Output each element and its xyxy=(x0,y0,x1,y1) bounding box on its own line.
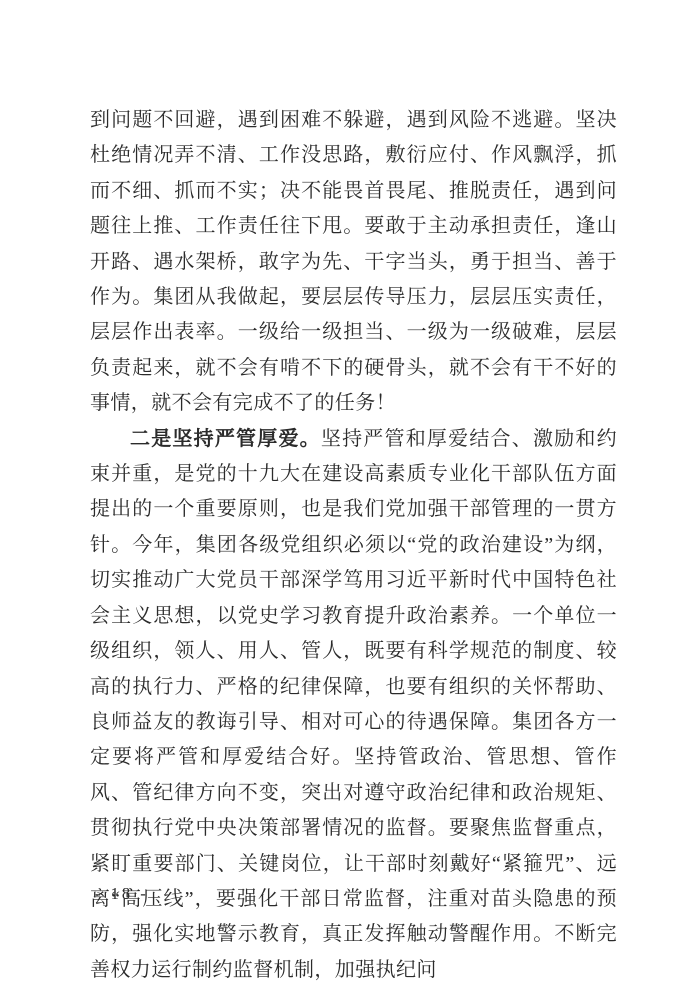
paragraph-continuation: 到问题不回避，遇到困难不躲避，遇到风险不逃避。坚决杜绝情况弄不清、工作没思路，敷… xyxy=(90,103,617,422)
page-number: - 18 - xyxy=(95,884,149,904)
paragraph-lead-bold: 二是坚持严管厚爱。 xyxy=(130,428,321,450)
document-page: 到问题不回避，遇到困难不躲避，遇到风险不逃避。坚决杜绝情况弄不清、工作没思路，敷… xyxy=(0,0,700,990)
paragraph-text: 坚持严管和厚爱结合、激励和约束并重，是党的十九大在建设高素质专业化干部队伍方面提… xyxy=(90,428,617,981)
paragraph-second-point: 二是坚持严管厚爱。坚持严管和厚爱结合、激励和约束并重，是党的十九大在建设高素质专… xyxy=(90,422,617,989)
paragraph-text: 到问题不回避，遇到困难不躲避，遇到风险不逃避。坚决杜绝情况弄不清、工作没思路，敷… xyxy=(90,109,617,414)
body-text: 到问题不回避，遇到困难不躲避，遇到风险不逃避。坚决杜绝情况弄不清、工作没思路，敷… xyxy=(90,103,617,988)
